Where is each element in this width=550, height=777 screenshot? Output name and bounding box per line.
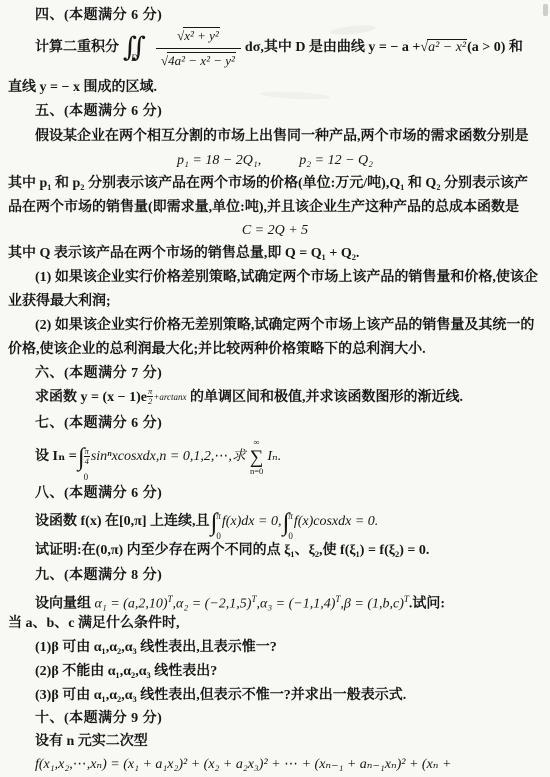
q7-pre-text: 设 Iₙ = <box>35 447 77 467</box>
q4-tail-text: (a > 0) 和 <box>467 38 523 58</box>
integral-with-limits: ∫π0 <box>282 506 292 538</box>
q5-para2b: 品在两个市场的销售量(即需求量,单位:吨),并且该企业生产这种产品的总成本函数是 <box>8 198 519 218</box>
exam-page: 四、(本题满分 6 分) 计算二重积分 ∬D √x² + y² √4a² − x… <box>0 0 550 777</box>
integral-domain-label: D <box>131 49 138 69</box>
numerator-radicand: x² + y² <box>183 27 220 43</box>
q6-formula-line: 求函数 y = (x − 1)eπ2+arctanx 的单调区间和极值,并求该函… <box>35 388 463 414</box>
q8-mid1-text: f(x)dx = 0, <box>222 512 282 532</box>
q7-formula-line: 设 Iₙ = ∫π40 sinⁿxcosxdx,n = 0,1,2,⋯,求 ∞∑… <box>35 436 281 478</box>
q7-tail-text: Iₙ. <box>267 447 281 467</box>
q8-mid2-text: f(x)cosxdx = 0. <box>294 512 378 532</box>
q6-heading: 六、(本题满分 7 分) <box>35 364 162 384</box>
scan-artifact <box>260 90 330 101</box>
q9-item1: (1)β 可由 α₁,α₂,α₃ 线性表出,且表示惟一? <box>35 638 277 658</box>
q8-pre-text: 设函数 f(x) 在[0,π] 上连续,且 <box>35 512 209 532</box>
q4-mid-text: dσ,其中 D 是由曲线 y = − a + <box>245 38 420 58</box>
q5-item2-line1: (2) 如果该企业实行价格无差别策略,试确定两个市场上该产品的销售量及其统一的 <box>35 316 534 336</box>
integral-with-limits: ∫π40 <box>78 441 90 473</box>
fraction-denominator: √4a² − x² − y² <box>156 49 241 71</box>
demand-eq-2: p₂ = 12 − Q₂ <box>299 153 373 168</box>
denominator-radicand: 4a² − x² − y² <box>167 52 236 68</box>
demand-eq-1: p₁ = 18 − 2Q₁, <box>177 153 261 168</box>
scan-artifact <box>543 4 548 16</box>
sum-lower-limit: n=0 <box>250 467 263 476</box>
pi-over-4-fraction: π4 <box>84 447 90 467</box>
double-integral: ∬D <box>123 34 146 63</box>
curve-radicand: a² − x² <box>427 39 467 55</box>
q4-intro-text: 计算二重积分 <box>35 38 119 58</box>
q4-line2: 直线 y = − x 围成的区域. <box>8 78 157 98</box>
integral-with-limits: ∫π0 <box>210 506 220 538</box>
exponent-group: π2+arctanx <box>147 387 187 407</box>
q5-demand-equations: p₁ = 18 − 2Q₁,p₂ = 12 − Q₂ <box>0 151 550 171</box>
q9-heading: 九、(本题满分 8 分) <box>35 566 162 586</box>
vector-beta: ,β = (1,b,c) <box>340 597 403 612</box>
curve-radical: √a² − x² <box>420 38 467 58</box>
q6-pre-text: 求函数 y = (x − 1)e <box>35 390 147 405</box>
q5-para1: 假设某企业在两个相互分割的市场上出售同一种产品,两个市场的需求函数分别是 <box>35 127 529 147</box>
q9-vectors-line: 设向量组 α₁ = (a,2,10)T,α₂ = (−2,1,5)T,α₃ = … <box>35 589 445 615</box>
upper-limit: π4 <box>84 441 90 467</box>
q9-line2: 当 a、b、c 满足什么条件时, <box>8 614 180 634</box>
q8-formula-line: 设函数 f(x) 在[0,π] 上连续,且 ∫π0 f(x)dx = 0, ∫π… <box>35 504 378 540</box>
cost-equation: C = 2Q + 5 <box>242 223 308 238</box>
q5-para2a: 其中 p₁ 和 p₂ 分别表示该产品在两个市场的价格(单位:万元/吨),Q₁ 和… <box>8 174 528 194</box>
q8-line2: 试证明:在(0,π) 内至少存在两个不同的点 ξ₁、ξ₂,使 f(ξ₁) = f… <box>35 541 429 561</box>
q10-heading: 十、(本题满分 9 分) <box>35 709 162 729</box>
q5-heading: 五、(本题满分 6 分) <box>35 102 162 122</box>
q5-cost-equation-line: C = 2Q + 5 <box>0 221 550 241</box>
q4-heading: 四、(本题满分 6 分) <box>35 6 162 26</box>
q9-lead-text: 设向量组 <box>35 597 95 612</box>
q7-heading: 七、(本题满分 6 分) <box>35 414 162 434</box>
q5-item1-line2: 业获得最大利润; <box>8 292 111 312</box>
q7-mid-text: sinⁿxcosxdx,n = 0,1,2,⋯,求 <box>91 447 246 467</box>
q10-quadratic-form: f(x₁,x₂,⋯,xₙ) = (x₁ + a₁x₂)² + (x₂ + a₂x… <box>35 755 451 775</box>
summation-with-limits: ∞∑n=0 <box>250 438 264 476</box>
exponent-rest: +arctanx <box>153 387 186 407</box>
q5-item2-line2: 价格,使该企业的总利润最大化;并比较两种价格策略下的总利润大小. <box>8 340 426 360</box>
integrand-fraction: √x² + y² √4a² − x² − y² <box>156 26 241 71</box>
q5-para3: 其中 Q 表示该产品在两个市场的销售总量,即 Q = Q₁ + Q₂. <box>8 244 359 264</box>
vector-alpha2: ,α₂ = (−2,1,5) <box>173 597 252 612</box>
fraction-numerator: √x² + y² <box>156 26 241 49</box>
q4-formula-line: 计算二重积分 ∬D √x² + y² √4a² − x² − y² dσ,其中 … <box>35 24 523 72</box>
upper-limit: π <box>288 506 293 526</box>
vector-alpha3: ,α₃ = (−1,1,4) <box>256 597 335 612</box>
integral-limits: π0 <box>216 506 221 538</box>
q9-lead-tail: .试问: <box>409 597 445 612</box>
vector-alpha1: α₁ = (a,2,10) <box>95 597 168 612</box>
summation-icon: ∑ <box>250 448 264 467</box>
q10-line1: 设有 n 元实二次型 <box>35 732 148 752</box>
integral-limits: π0 <box>288 506 293 538</box>
q5-item1-line1: (1) 如果该企业实行价格差别策略,试确定两个市场上该产品的销售量和价格,使该企 <box>35 268 538 288</box>
tiny-fraction-denominator: 4 <box>84 457 90 466</box>
q9-item3: (3)β 可由 α₁,α₂,α₃ 线性表出,但表示不惟一?并求出一般表示式. <box>35 686 406 706</box>
integral-limits: π40 <box>84 441 90 473</box>
q8-heading: 八、(本题满分 6 分) <box>35 484 162 504</box>
q6-post-text: 的单调区间和极值,并求该函数图形的渐近线. <box>187 390 464 405</box>
upper-limit: π <box>216 506 221 526</box>
q9-item2: (2)β 不能由 α₁,α₂,α₃ 线性表出? <box>35 662 217 682</box>
